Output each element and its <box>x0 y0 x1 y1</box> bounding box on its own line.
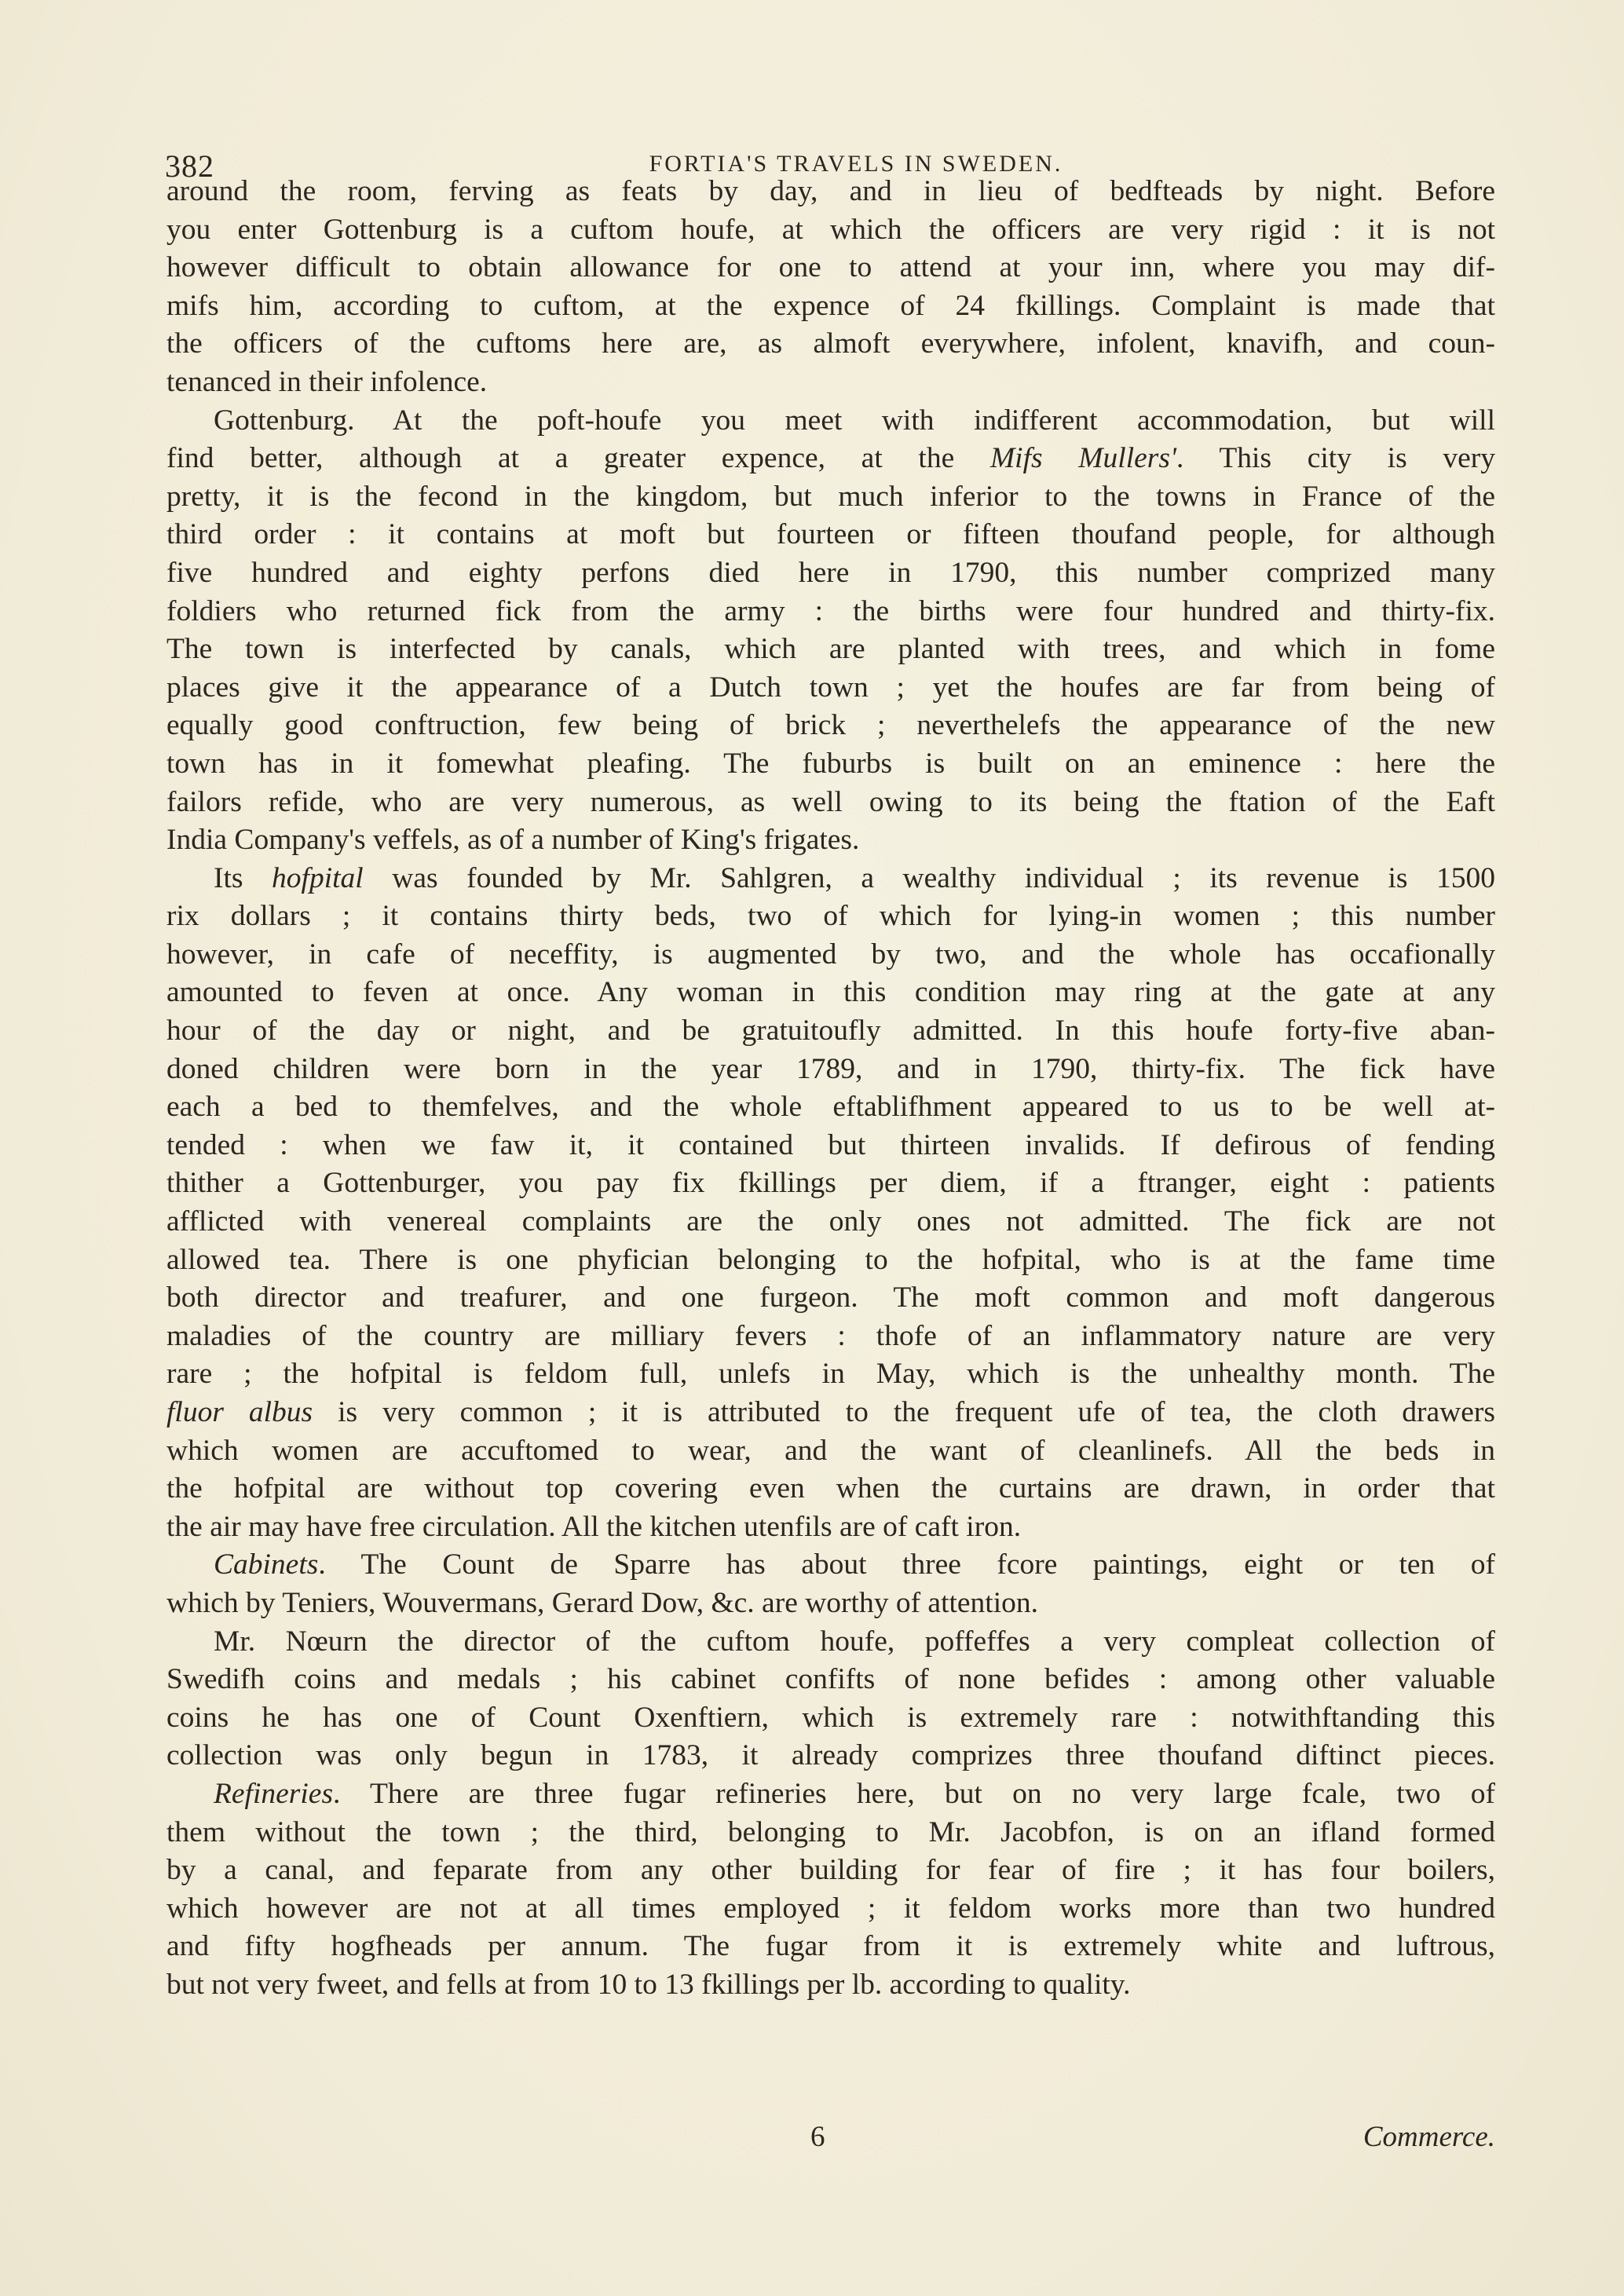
text-line: tenanced in their infolence. <box>166 364 1495 402</box>
line-text: by a canal, and feparate from any other … <box>166 1854 1495 1886</box>
line-text: tenanced in their infolence. <box>166 366 487 398</box>
text-line: the hofpital are without top covering ev… <box>166 1470 1495 1508</box>
line-text: . The Count de Sparre has about three fc… <box>318 1548 1495 1581</box>
line-text: places give it the appearance of a Dutch… <box>166 671 1495 704</box>
line-text: the hofpital are without top covering ev… <box>166 1472 1495 1504</box>
text-line: amounted to feven at once. Any woman in … <box>166 974 1495 1012</box>
text-line: around the room, ferving as feats by day… <box>166 173 1495 211</box>
line-text: rare ; the hofpital is feldom full, unle… <box>166 1358 1495 1390</box>
text-line: India Company's veffels, as of a number … <box>166 821 1495 860</box>
text-line: them without the town ; the third, belon… <box>166 1814 1495 1852</box>
line-text: afflicted with venereal complaints are t… <box>166 1205 1495 1238</box>
italic-term: Mifs Mullers' <box>990 442 1176 474</box>
text-line: equally good conftruction, few being of … <box>166 707 1495 745</box>
text-line: The town is interfected by canals, which… <box>166 631 1495 669</box>
line-text: pretty, it is the fecond in the kingdom,… <box>166 481 1495 513</box>
text-line: but not very fweet, and fells at from 10… <box>166 1966 1495 2005</box>
line-text: each a bed to themfelves, and the whole … <box>166 1091 1495 1123</box>
line-text: maladies of the country are milliary fev… <box>166 1320 1495 1352</box>
line-text: equally good conftruction, few being of … <box>166 709 1495 741</box>
line-text: collection was only begun in 1783, it al… <box>166 1739 1495 1771</box>
line-text: five hundred and eighty perfons died her… <box>166 557 1495 589</box>
text-line: which women are accuftomed to wear, and … <box>166 1432 1495 1471</box>
text-line: pretty, it is the fecond in the kingdom,… <box>166 478 1495 517</box>
italic-term: Refineries <box>214 1778 333 1810</box>
line-text: however, in cafe of neceffity, is augmen… <box>166 938 1495 971</box>
line-text: rix dollars ; it contains thirty beds, t… <box>166 900 1495 932</box>
italic-term: Cabinets <box>214 1548 318 1581</box>
line-text: find better, although at a greater expen… <box>166 442 990 474</box>
text-line: thither a Gottenburger, you pay fix fkil… <box>166 1164 1495 1203</box>
line-text: both director and treafurer, and one fur… <box>166 1281 1495 1314</box>
text-line: third order : it contains at moft but fo… <box>166 516 1495 554</box>
line-text: Gottenburg. At the poft-houfe you meet w… <box>214 404 1495 437</box>
line-text: foldiers who returned fick from the army… <box>166 595 1495 627</box>
text-line: both director and treafurer, and one fur… <box>166 1279 1495 1318</box>
line-text: hour of the day or night, and be gratuit… <box>166 1015 1495 1047</box>
text-line: Gottenburg. At the poft-houfe you meet w… <box>166 402 1495 441</box>
text-line: places give it the appearance of a Dutch… <box>166 669 1495 707</box>
text-line: which by Teniers, Wouvermans, Gerard Dow… <box>166 1585 1495 1623</box>
text-line: Mr. Nœurn the director of the cuftom hou… <box>166 1623 1495 1662</box>
line-text: doned children were born in the year 178… <box>166 1053 1495 1085</box>
line-text: India Company's veffels, as of a number … <box>166 824 859 856</box>
line-text: tended : when we faw it, it contained bu… <box>166 1129 1495 1161</box>
book-page: 382 Fortia's Travels in Sweden. around t… <box>0 0 1624 2296</box>
text-line: by a canal, and feparate from any other … <box>166 1852 1495 1890</box>
line-text: the air may have free circulation. All t… <box>166 1511 1021 1543</box>
line-text: is very common ; it is attributed to the… <box>313 1396 1495 1428</box>
line-text: but not very fweet, and fells at from 10… <box>166 1969 1130 2001</box>
line-text: the officers of the cuftoms here are, as… <box>166 327 1495 360</box>
text-line: collection was only begun in 1783, it al… <box>166 1737 1495 1775</box>
line-text: was founded by Mr. Sahlgren, a wealthy i… <box>364 862 1495 894</box>
line-text: which however are not at all times emplo… <box>166 1892 1495 1925</box>
italic-term: hofpital <box>272 862 364 894</box>
text-line: Its hofpital was founded by Mr. Sahlgren… <box>166 860 1495 898</box>
text-line: however, in cafe of neceffity, is augmen… <box>166 936 1495 974</box>
body-text: around the room, ferving as feats by day… <box>166 173 1495 2005</box>
text-line: rix dollars ; it contains thirty beds, t… <box>166 898 1495 936</box>
page-footer: 6 Commerce. <box>166 2120 1495 2159</box>
line-text: Mr. Nœurn the director of the cuftom hou… <box>214 1625 1495 1658</box>
text-line: each a bed to themfelves, and the whole … <box>166 1088 1495 1127</box>
line-text: coins he has one of Count Oxenftiern, wh… <box>166 1702 1495 1734</box>
text-line: maladies of the country are milliary fev… <box>166 1318 1495 1356</box>
line-text: mifs him, according to cuftom, at the ex… <box>166 290 1495 322</box>
text-line: the air may have free circulation. All t… <box>166 1508 1495 1547</box>
text-line: doned children were born in the year 178… <box>166 1051 1495 1089</box>
text-line: Swedifh coins and medals ; his cabinet c… <box>166 1661 1495 1699</box>
text-line: rare ; the hofpital is feldom full, unle… <box>166 1355 1495 1394</box>
text-line: find better, although at a greater expen… <box>166 440 1495 478</box>
text-line: five hundred and eighty perfons died her… <box>166 554 1495 593</box>
line-text: Its <box>214 862 272 894</box>
line-text: which women are accuftomed to wear, and … <box>166 1435 1495 1467</box>
italic-term: fluor albus <box>166 1396 313 1428</box>
line-text: you enter Gottenburg is a cuftom houfe, … <box>166 214 1495 246</box>
text-line: allowed tea. There is one phyfician belo… <box>166 1241 1495 1280</box>
text-line: failors refide, who are very numerous, a… <box>166 784 1495 822</box>
text-line: afflicted with venereal complaints are t… <box>166 1203 1495 1241</box>
text-line: fluor albus is very common ; it is attri… <box>166 1394 1495 1432</box>
text-line: foldiers who returned fick from the army… <box>166 593 1495 631</box>
line-text: third order : it contains at moft but fo… <box>166 518 1495 550</box>
line-text: Swedifh coins and medals ; his cabinet c… <box>166 1663 1495 1695</box>
line-text: thither a Gottenburger, you pay fix fkil… <box>166 1167 1495 1199</box>
text-line: the officers of the cuftoms here are, as… <box>166 325 1495 364</box>
text-line: coins he has one of Count Oxenftiern, wh… <box>166 1699 1495 1738</box>
text-line: however difficult to obtain allowance fo… <box>166 249 1495 287</box>
text-line: which however are not at all times emplo… <box>166 1890 1495 1929</box>
line-text: allowed tea. There is one phyfician belo… <box>166 1244 1495 1276</box>
line-text: them without the town ; the third, belon… <box>166 1816 1495 1848</box>
text-line: hour of the day or night, and be gratuit… <box>166 1012 1495 1051</box>
text-line: mifs him, according to cuftom, at the ex… <box>166 287 1495 326</box>
line-text: however difficult to obtain allowance fo… <box>166 251 1495 283</box>
text-line: and fifty hogfheads per annum. The fugar… <box>166 1928 1495 1966</box>
line-text: The town is interfected by canals, which… <box>166 633 1495 665</box>
text-line: Cabinets. The Count de Sparre has about … <box>166 1546 1495 1585</box>
line-text: town has in it fomewhat pleafing. The fu… <box>166 748 1495 780</box>
line-text: amounted to feven at once. Any woman in … <box>166 976 1495 1008</box>
catchword: Commerce. <box>1363 2120 1495 2154</box>
text-line: Refineries. There are three fugar refine… <box>166 1775 1495 1814</box>
text-line: tended : when we faw it, it contained bu… <box>166 1127 1495 1165</box>
line-text: and fifty hogfheads per annum. The fugar… <box>166 1930 1495 1962</box>
line-text: around the room, ferving as feats by day… <box>166 175 1495 207</box>
line-text: . This city is very <box>1176 442 1495 474</box>
signature-mark: 6 <box>810 2120 825 2154</box>
line-text: . There are three fugar refineries here,… <box>333 1778 1495 1810</box>
text-line: you enter Gottenburg is a cuftom houfe, … <box>166 211 1495 250</box>
line-text: failors refide, who are very numerous, a… <box>166 786 1495 818</box>
line-text: which by Teniers, Wouvermans, Gerard Dow… <box>166 1587 1038 1619</box>
text-line: town has in it fomewhat pleafing. The fu… <box>166 745 1495 784</box>
